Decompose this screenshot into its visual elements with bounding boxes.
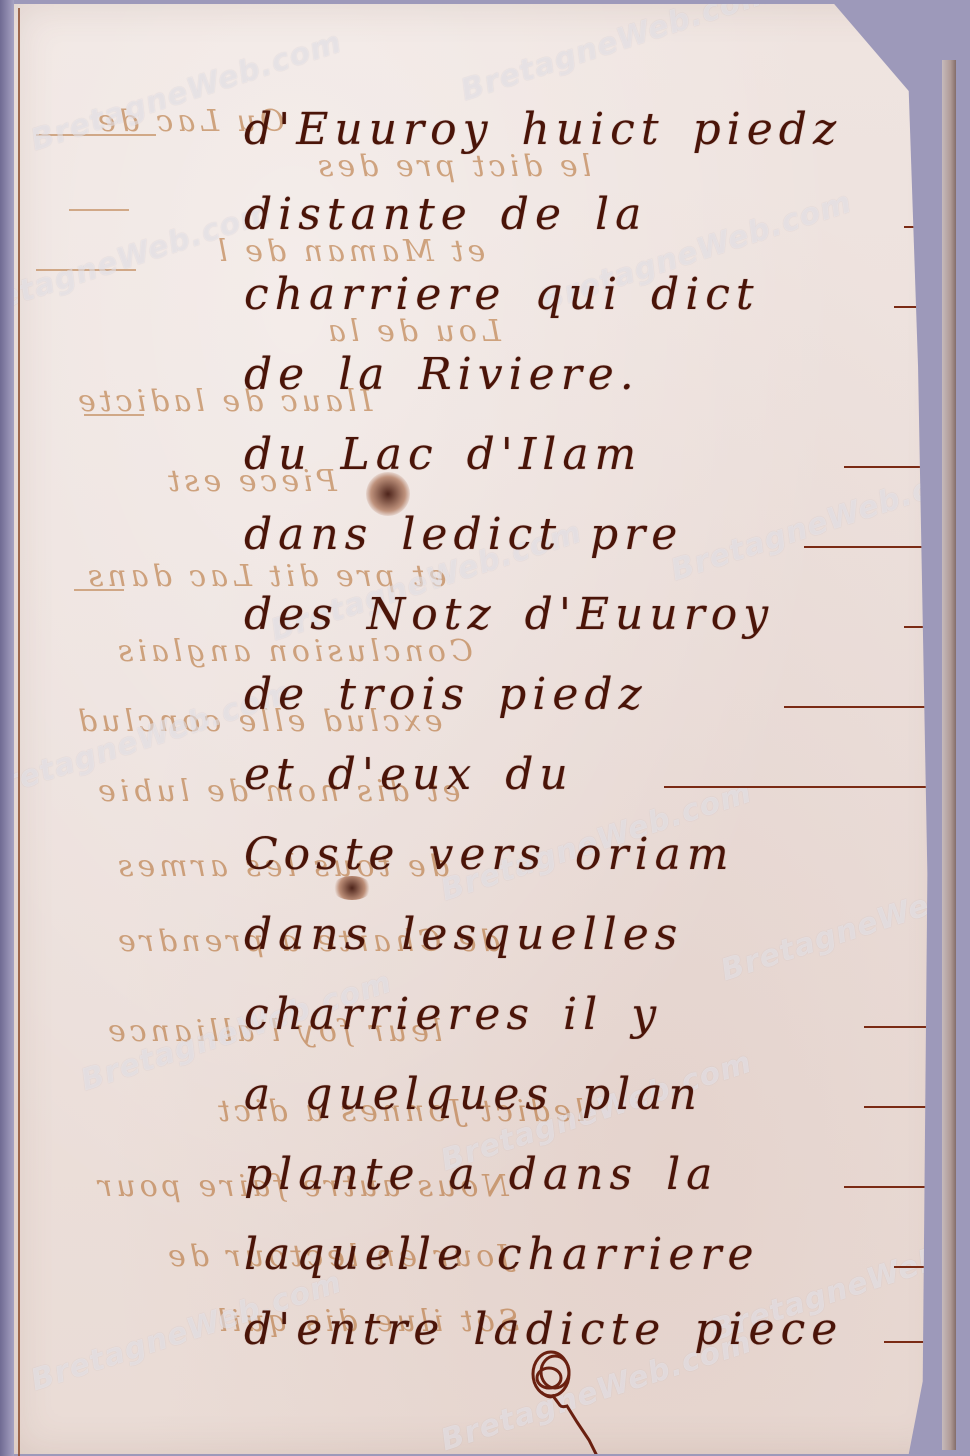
word: d'Ilam [467,429,643,480]
line-filler [884,1341,970,1343]
line-filler [904,626,970,628]
word: des [244,589,339,640]
word: lesquelles [401,909,683,960]
word: ledict [401,509,562,560]
manuscript-line: et d'eux du [244,749,602,800]
word: dans [244,909,373,960]
scan-background: Ou Lac de le dict pre des et Maman de l … [0,0,970,1456]
manuscript-line: du Lac d'Ilam [244,429,670,480]
word: dans [509,1149,638,1200]
word: distante [244,189,473,240]
manuscript-line: dans lesquelles [244,909,711,960]
manuscript-line: a quelques plan [244,1069,731,1120]
word: piedz [498,669,648,720]
word: y [631,989,662,1040]
word: d'eux [328,749,477,800]
word: oriam [575,829,735,880]
manuscript-line: Coste vers oriam [244,829,763,880]
word: a [449,1149,481,1200]
line-filler [904,226,970,228]
word: qui [534,269,623,320]
word: piece [694,1304,843,1355]
manuscript-line: laquelle charriere [244,1229,788,1280]
word: Lac [341,429,439,480]
word: dans [244,509,373,560]
word: Notz [367,589,497,640]
word: la [338,349,390,400]
line-filler [894,1266,970,1268]
word: charrieres [244,989,535,1040]
word: charriere [497,1229,759,1280]
word: d'entre [244,1304,445,1355]
word: quelques [304,1069,554,1120]
word: dict [651,269,760,320]
word: a [244,1069,276,1120]
manuscript-line: charrieres il y [244,989,690,1040]
manuscript-text: d'Euuroy huict piedz distante de la char… [14,4,946,1454]
word: piedz [693,104,843,155]
word: d'Euuroy [244,104,493,155]
word: du [505,749,574,800]
binding-gutter-line [18,8,20,1456]
word: huict [521,104,664,155]
word: et [244,749,300,800]
word: charriere [244,269,506,320]
page-edge [942,60,956,1450]
manuscript-line: de trois piedz [244,669,676,720]
word: de [244,349,310,400]
manuscript-page: Ou Lac de le dict pre des et Maman de l … [14,4,946,1454]
word: de [501,189,567,240]
word: plante [244,1149,421,1200]
line-filler [664,786,970,788]
word: pre [590,509,683,560]
word: du [244,429,313,480]
word: Coste [244,829,400,880]
paraph-flourish-icon [519,1344,639,1456]
word: Riviere. [419,349,640,400]
manuscript-line: distante de la [244,189,675,240]
manuscript-line: de la Riviere. [244,349,668,400]
manuscript-line: d'Euuroy huict piedz [244,104,870,155]
word: plan [582,1069,703,1120]
word: il [563,989,603,1040]
word: laquelle [244,1229,469,1280]
manuscript-line: charriere qui dict [244,269,788,320]
word: la [595,189,647,240]
word: trois [338,669,470,720]
manuscript-line: des Notz d'Euuroy [244,589,802,640]
word: la [666,1149,718,1200]
word: d'Euuroy [525,589,774,640]
line-filler [894,306,970,308]
manuscript-line: dans ledict pre [244,509,711,560]
word: de [244,669,310,720]
manuscript-line: plante a dans la [244,1149,746,1200]
word: vers [428,829,547,880]
